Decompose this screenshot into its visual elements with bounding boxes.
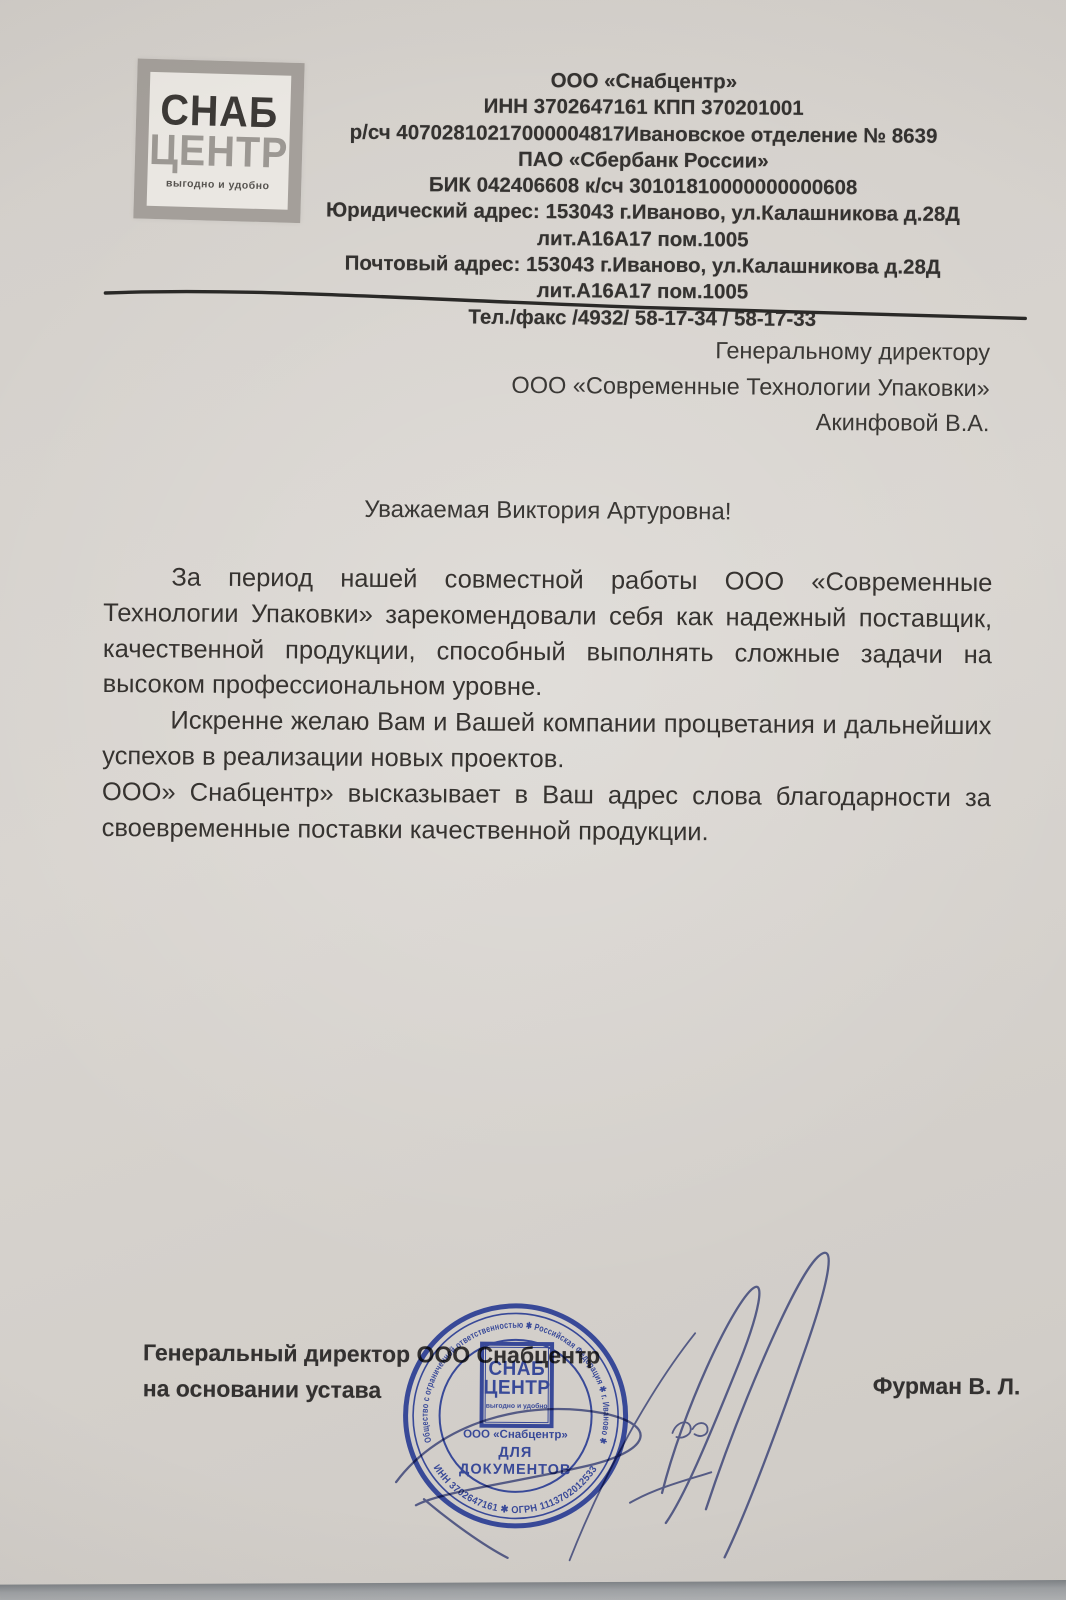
addressee-block: Генеральному директору ООО «Современные … [381,331,990,442]
handwritten-signature [373,1227,895,1576]
body-paragraph-1: За период нашей совместной работы ООО «С… [103,560,993,709]
body-paragraph-3: ООО» Снабцентр» высказывает в Ваш адрес … [102,775,991,853]
scanned-letter-page: СНАБ ЦЕНТР выгодно и удобно ООО «Снабцен… [0,0,1066,1600]
logo-text-centr: ЦЕНТР [149,129,289,173]
account-line: р/сч 40702810217000004817Ивановское отде… [323,119,963,150]
addressee-company: ООО «Современные Технологии Упаковки» [382,366,990,406]
letter-body: За период нашей совместной работы ООО «С… [102,560,993,853]
legal-address-line: Юридический адрес: 153043 г.Иваново, ул.… [323,198,963,229]
scan-edge-strip [0,1580,1066,1600]
postal-address-line: Почтовый адрес: 153043 г.Иваново, ул.Кал… [323,251,963,282]
addressee-title: Генеральному директору [382,331,990,371]
body-paragraph-2: Искренне желаю Вам и Вашей компании проц… [102,703,991,781]
company-logo: СНАБ ЦЕНТР выгодно и удобно [133,58,304,223]
addressee-person: Акинфовой В.А. [381,402,989,442]
header-divider-line [95,281,1039,328]
logo-tagline: выгодно и удобно [166,177,270,192]
salutation: Уважаемая Виктория Артуровна! [104,494,992,528]
